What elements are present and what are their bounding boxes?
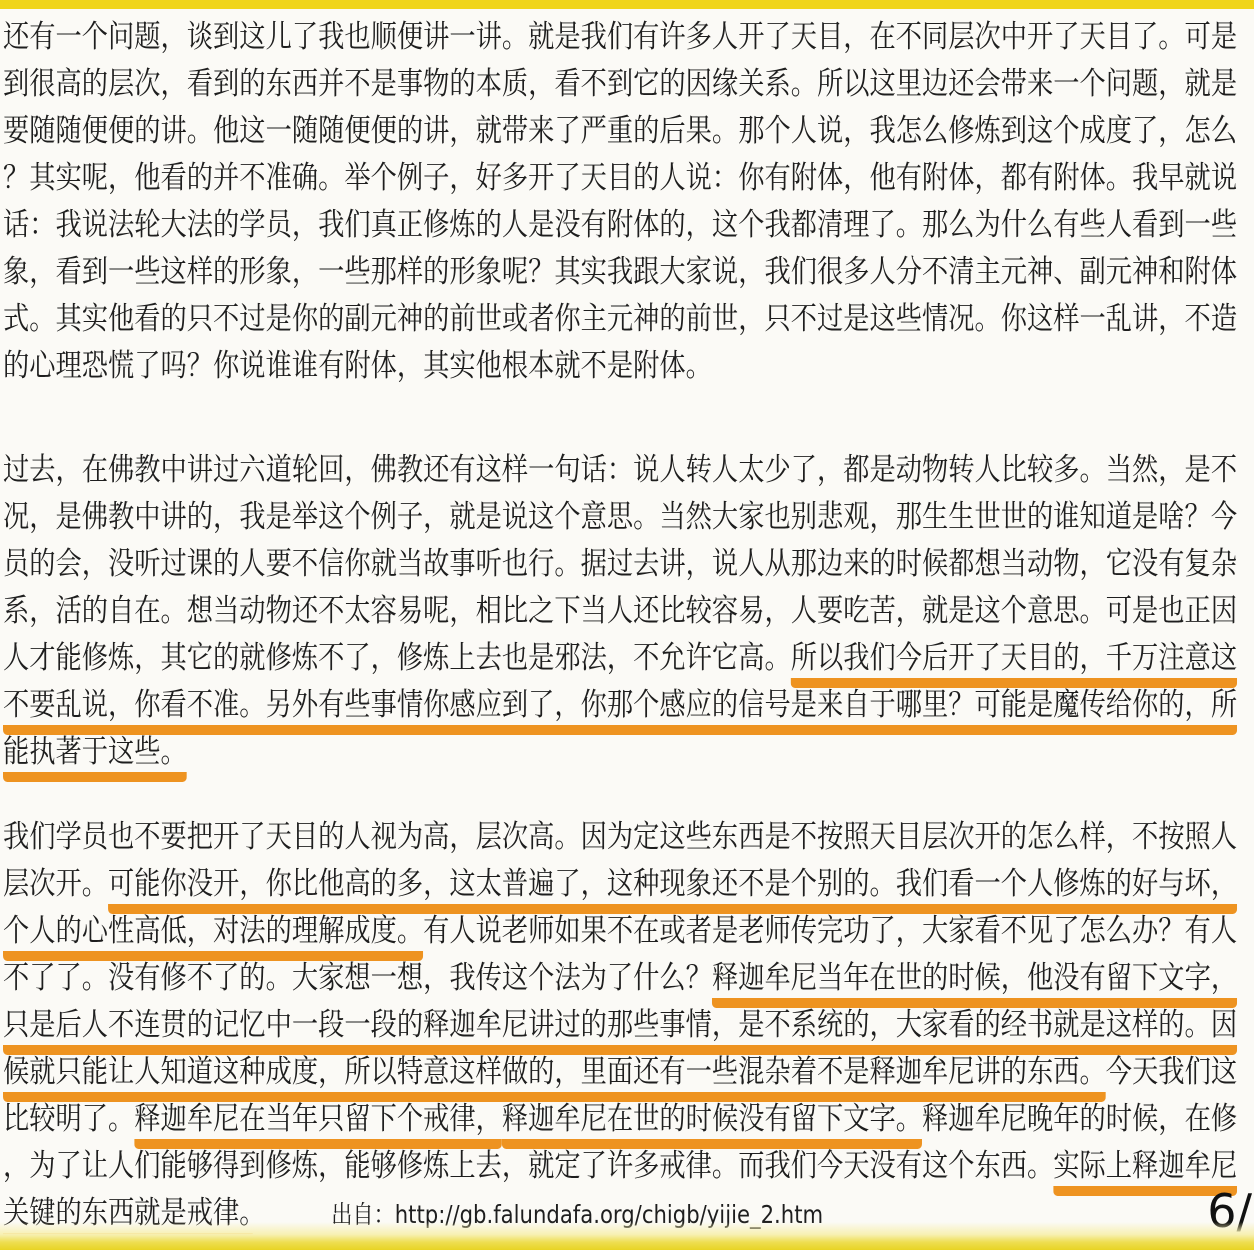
text-line: 人才能修炼，其它的就修炼不了，修炼上去也是邪法，不允许它高。所以我们今后开了天目…: [3, 635, 1254, 682]
body-text: ，为了让人们能够得到修炼，能够修炼上去，就定了许多戒律。而我们今天没有这个东西。: [3, 1148, 1053, 1184]
text-line: 只是后人不连贯的记忆中一段一段的释迦牟尼讲过的那些事情，是不系统的，大家看的经书…: [3, 1002, 1254, 1049]
text-line: 系，活的自在。想当动物还不太容易呢，相比之下当人还比较容易，人要吃苦，就是这个意…: [3, 588, 1254, 635]
text-line: 过去，在佛教中讲过六道轮回，佛教还有这样一句话：说人转人太少了，都是动物转人比较…: [3, 447, 1254, 494]
body-text: 况，是佛教中讲的，我是举这个例子，就是说这个意思。当然大家也别悲观，那生生世世的…: [3, 499, 1237, 535]
highlighted-text: 只是后人不连贯的记忆中一段一段的释迦牟尼讲过的那些事情，是不系统的，大家看的经书…: [3, 1007, 1237, 1055]
highlighted-text: 个人的心性高低，对法的理解成度。: [3, 913, 423, 961]
paragraph: 还有一个问题，谈到这儿了我也顺便讲一讲。就是我们有许多人开了天目，在不同层次中开…: [3, 14, 1254, 390]
body-text: 系，活的自在。想当动物还不太容易呢，相比之下当人还比较容易，人要吃苦，就是这个意…: [3, 593, 1237, 629]
text-line: 到很高的层次，看到的东西并不是事物的本质，看不到它的因缘关系。所以这里边还会带来…: [3, 61, 1254, 108]
highlighted-text: 释迦牟尼在当年只留下个戒律，: [134, 1101, 502, 1149]
body-text: 员的会，没听过课的人要不信你就当故事听也行。据过去讲，说人从那边来的时候都想当动…: [3, 546, 1237, 582]
highlighted-text: 释迦牟尼当年在世的时候，他没有留下文字，: [712, 960, 1237, 1008]
text-line: 话：我说法轮大法的学员，我们真正修炼的人是没有附体的，这个我都清理了。那么为什么…: [3, 202, 1254, 249]
highlighted-text: 所以我们今后开了天目的，千万注意这: [791, 640, 1237, 688]
text-line: 个人的心性高低，对法的理解成度。有人说老师如果不在或者是老师传完功了，大家看不见…: [3, 908, 1254, 955]
highlighted-text: 候就只能让人知道这种成度，所以特意这样做的，里面还有一些混杂着不是释迦牟尼讲的东…: [3, 1054, 1106, 1102]
body-text: 象，看到一些这样的形象，一些那样的形象呢？其实我跟大家说，我们很多人分不清主元神…: [3, 254, 1237, 290]
body-text: 过去，在佛教中讲过六道轮回，佛教还有这样一句话：说人转人太少了，都是动物转人比较…: [3, 452, 1237, 488]
text-line: 象，看到一些这样的形象，一些那样的形象呢？其实我跟大家说，我们很多人分不清主元神…: [3, 249, 1254, 296]
highlighted-text: 释迦牟尼在世的时候没有留下文字。: [502, 1101, 922, 1149]
text-line: 我们学员也不要把开了天目的人视为高，层次高。因为定这些东西是不按照天目层次开的怎…: [3, 814, 1254, 861]
highlighted-text: 不要乱说，你看不准。另外有些事情你感应到了，你那个感应的信号是来自于哪里？可能是…: [3, 687, 1237, 735]
paragraph: 过去，在佛教中讲过六道轮回，佛教还有这样一句话：说人转人太少了，都是动物转人比较…: [3, 447, 1254, 776]
body-text: 层次开。: [3, 866, 108, 902]
text-line: 不了了。没有修不了的。大家想一想，我传这个法为了什么？释迦牟尼当年在世的时候，他…: [3, 955, 1254, 1002]
body-text: 要随随便便的讲。他这一随随便便的讲，就带来了严重的后果。那个人说，我怎么修炼到这…: [3, 113, 1237, 149]
text-line: 员的会，没听过课的人要不信你就当故事听也行。据过去讲，说人从那边来的时候都想当动…: [3, 541, 1254, 588]
text-line: 比较明了。释迦牟尼在当年只留下个戒律，释迦牟尼在世的时候没有留下文字。释迦牟尼晚…: [3, 1096, 1254, 1143]
body-text: ？其实呢，他看的并不准确。举个例子，好多开了天目的人说：你有附体，他有附体，都有…: [3, 160, 1237, 196]
body-text: 今天我们这: [1106, 1054, 1237, 1090]
paragraph: 我们学员也不要把开了天目的人视为高，层次高。因为定这些东西是不按照天目层次开的怎…: [3, 814, 1254, 1237]
text-line: ？其实呢，他看的并不准确。举个例子，好多开了天目的人说：你有附体，他有附体，都有…: [3, 155, 1254, 202]
highlighted-text: 可能你没开，你比他高的多，这太普遍了，这种现象还不是个别的。我们看一个人修炼的好…: [108, 866, 1237, 914]
body-text: 式。其实他看的只不过是你的副元神的前世或者你主元神的前世，只不过是这些情况。你这…: [3, 301, 1237, 337]
body-text: 还有一个问题，谈到这儿了我也顺便讲一讲。就是我们有许多人开了天目，在不同层次中开…: [3, 19, 1237, 55]
highlighted-text: 能执著于这些。: [3, 734, 187, 782]
text-line: 要随随便便的讲。他这一随随便便的讲，就带来了严重的后果。那个人说，我怎么修炼到这…: [3, 108, 1254, 155]
body-text: 我们学员也不要把开了天目的人视为高，层次高。因为定这些东西是不按照天目层次开的怎…: [3, 819, 1237, 855]
scanned-document-page: 还有一个问题，谈到这儿了我也顺便讲一讲。就是我们有许多人开了天目，在不同层次中开…: [0, 0, 1254, 1250]
text-line: 能执著于这些。: [3, 729, 1254, 776]
body-text: 释迦牟尼晚年的时候，在修: [922, 1101, 1237, 1137]
body-text: 人才能修炼，其它的就修炼不了，修炼上去也是邪法，不允许它高。: [3, 640, 791, 676]
body-text: 的心理恐慌了吗？你说谁谁有附体，其实他根本就不是附体。: [3, 348, 712, 384]
body-text: 有人说老师如果不在或者是老师传完功了，大家看不见了怎么办？有人: [423, 913, 1237, 949]
body-text: 话：我说法轮大法的学员，我们真正修炼的人是没有附体的，这个我都清理了。那么为什么…: [3, 207, 1237, 243]
body-text: 比较明了。: [3, 1101, 134, 1137]
text-line: 层次开。可能你没开，你比他高的多，这太普遍了，这种现象还不是个别的。我们看一个人…: [3, 861, 1254, 908]
text-line: 候就只能让人知道这种成度，所以特意这样做的，里面还有一些混杂着不是释迦牟尼讲的东…: [3, 1049, 1254, 1096]
text-line: 式。其实他看的只不过是你的副元神的前世或者你主元神的前世，只不过是这些情况。你这…: [3, 296, 1254, 343]
text-line: 的心理恐慌了吗？你说谁谁有附体，其实他根本就不是附体。: [3, 343, 1254, 390]
text-line: 还有一个问题，谈到这儿了我也顺便讲一讲。就是我们有许多人开了天目，在不同层次中开…: [3, 14, 1254, 61]
body-text: 不了了。没有修不了的。大家想一想，我传这个法为了什么？: [3, 960, 712, 996]
body-text: 到很高的层次，看到的东西并不是事物的本质，看不到它的因缘关系。所以这里边还会带来…: [3, 66, 1237, 102]
text-line: 况，是佛教中讲的，我是举这个例子，就是说这个意思。当然大家也别悲观，那生生世世的…: [3, 494, 1254, 541]
text-line: ，为了让人们能够得到修炼，能够修炼上去，就定了许多戒律。而我们今天没有这个东西。…: [3, 1143, 1254, 1190]
text-line: 不要乱说，你看不准。另外有些事情你感应到了，你那个感应的信号是来自于哪里？可能是…: [3, 682, 1254, 729]
document-text: 还有一个问题，谈到这儿了我也顺便讲一讲。就是我们有许多人开了天目，在不同层次中开…: [3, 0, 1254, 1237]
bottom-yellow-border: [0, 1222, 1254, 1250]
